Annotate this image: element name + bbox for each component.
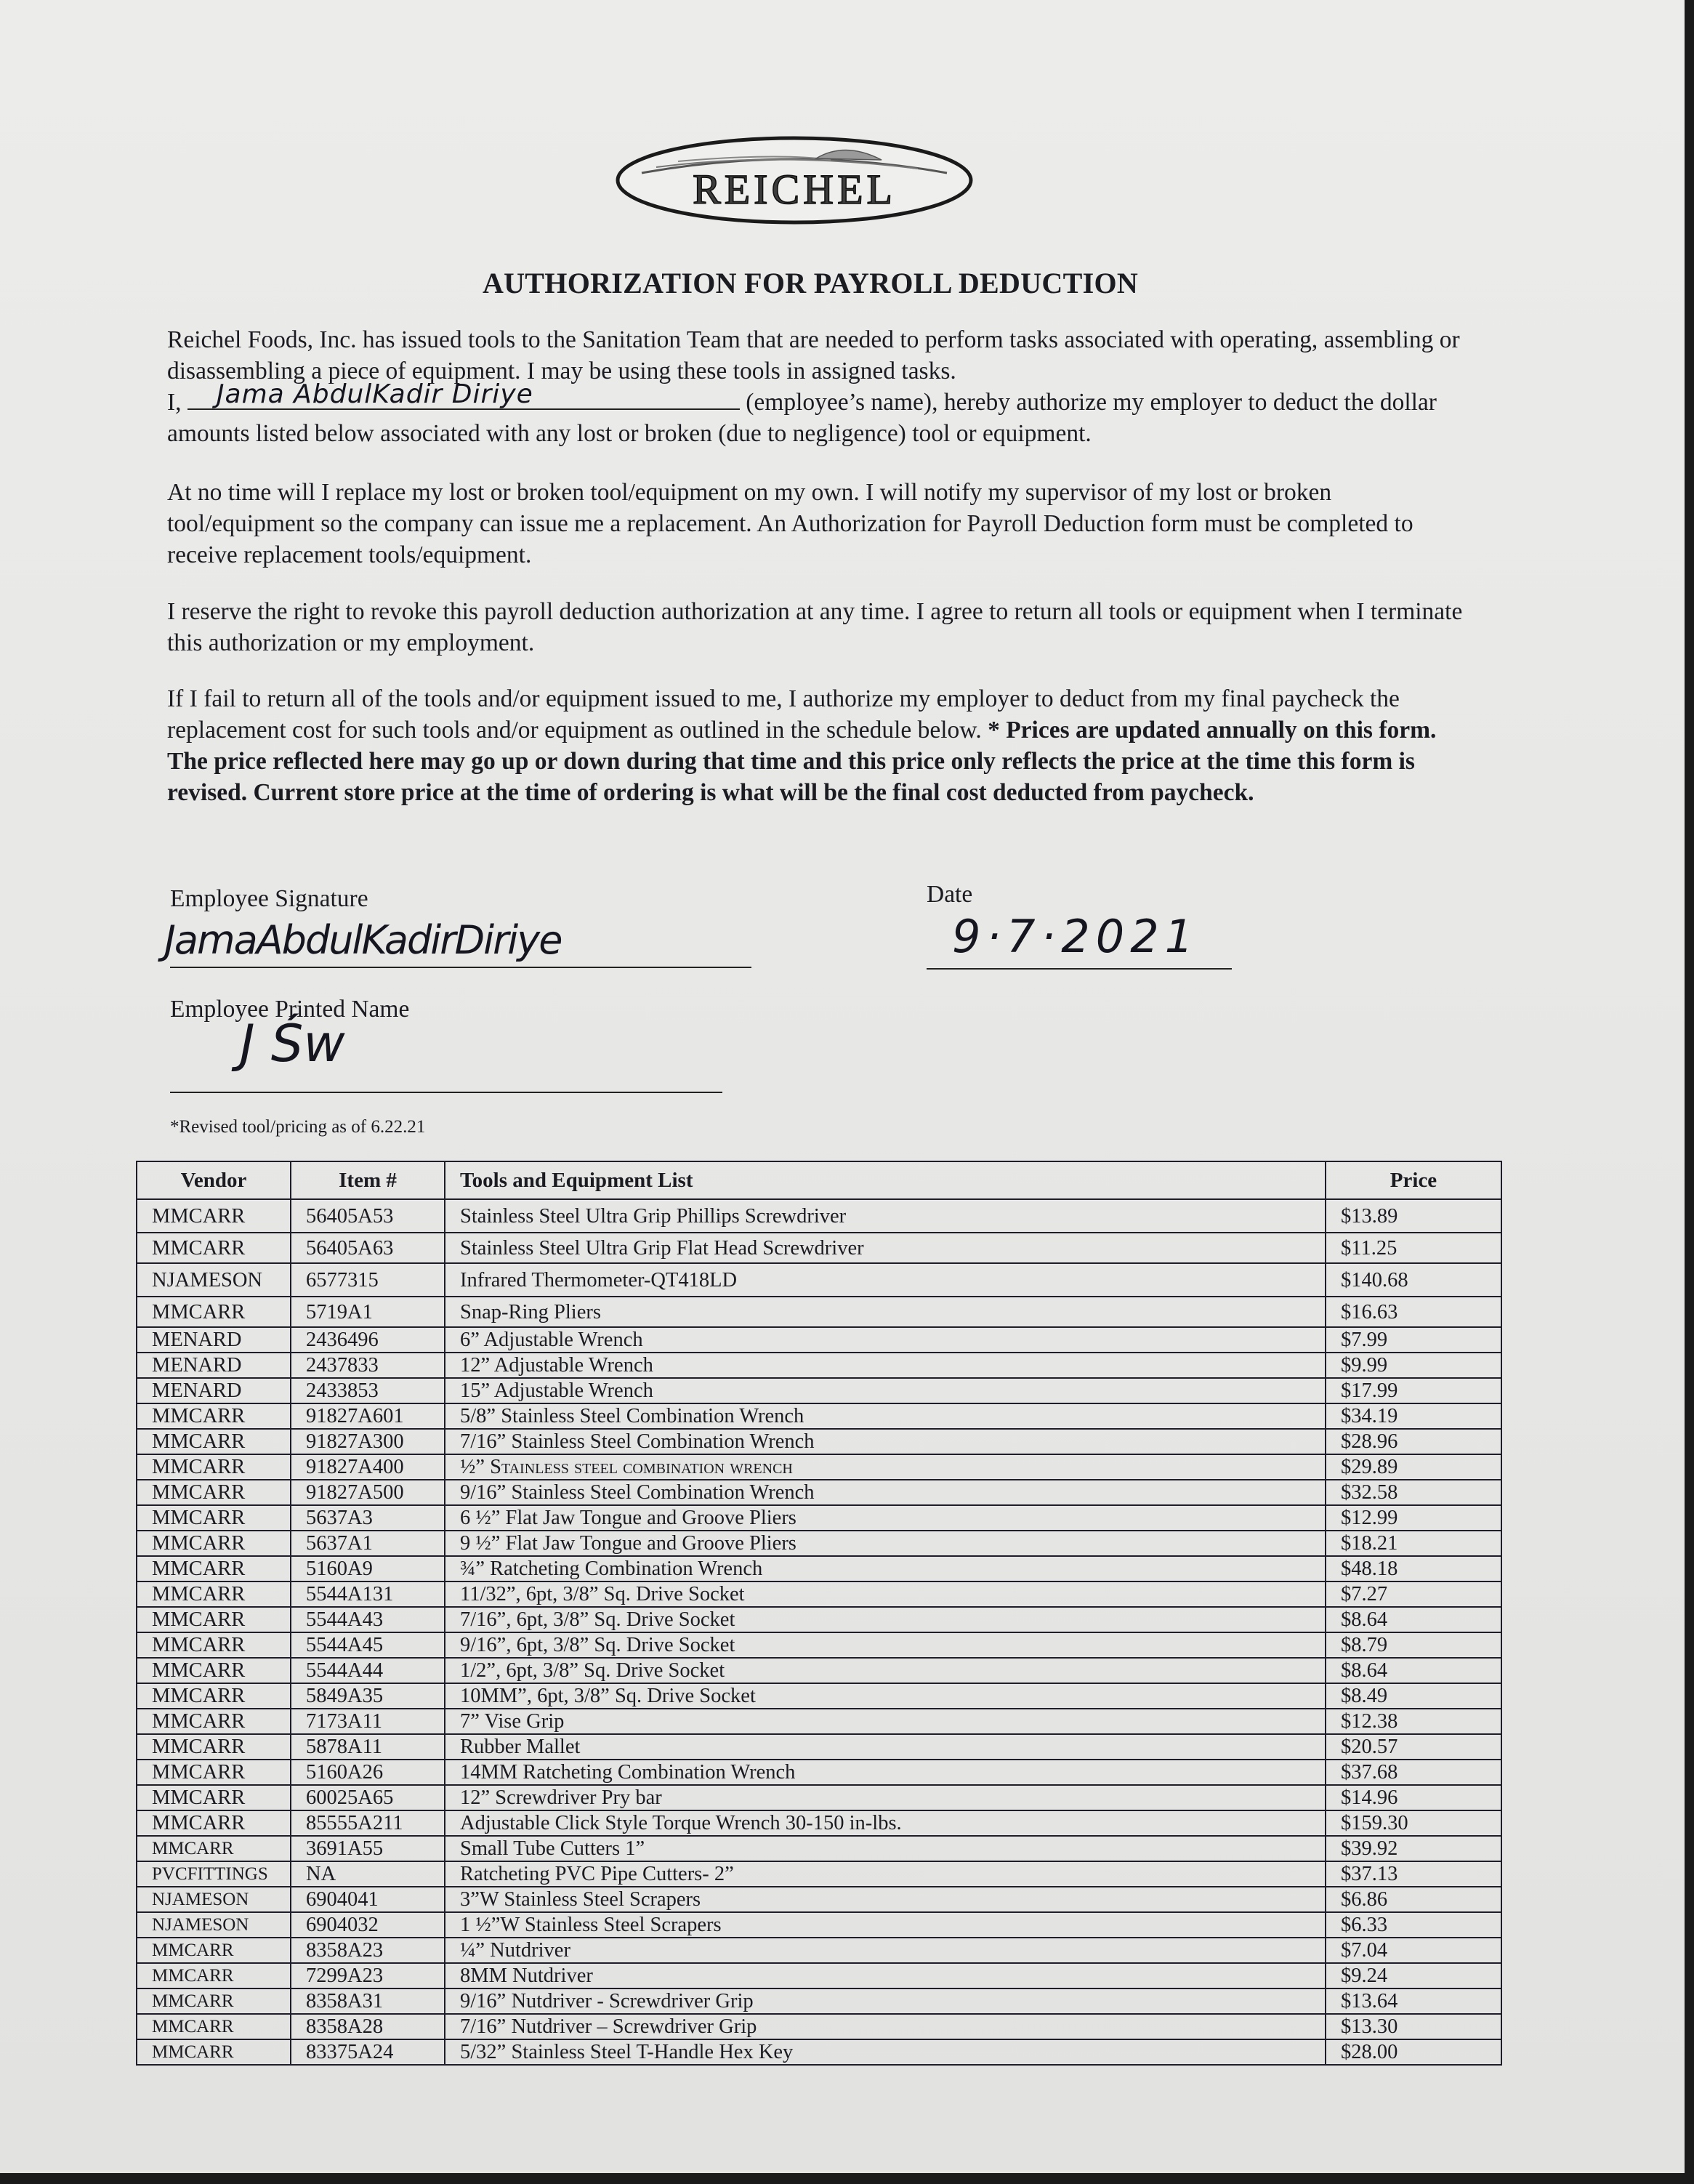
table-row: MMCARR60025A6512” Screwdriver Pry bar$14… <box>137 1785 1501 1810</box>
cell-tool: Snap-Ring Pliers <box>445 1297 1326 1327</box>
table-row: MMCARR7299A238MM Nutdriver$9.24 <box>137 1963 1501 1988</box>
cell-price: $8.79 <box>1326 1632 1501 1658</box>
cell-vendor: MMCARR <box>137 2039 291 2065</box>
intro-paragraph: Reichel Foods, Inc. has issued tools to … <box>167 324 1468 449</box>
cell-tool: ¼” Nutdriver <box>445 1938 1326 1963</box>
table-row: PVCFITTINGSNARatcheting PVC Pipe Cutters… <box>137 1861 1501 1887</box>
page-title: AUTHORIZATION FOR PAYROLL DEDUCTION <box>0 266 1621 300</box>
cell-price: $6.86 <box>1326 1887 1501 1912</box>
cell-item: 8358A28 <box>291 2014 445 2039</box>
cell-item: 2437833 <box>291 1353 445 1378</box>
cell-price: $29.89 <box>1326 1454 1501 1480</box>
table-row: MMCARR5878A11Rubber Mallet$20.57 <box>137 1734 1501 1760</box>
cell-vendor: MMCARR <box>137 1760 291 1785</box>
cell-vendor: MENARD <box>137 1378 291 1403</box>
cell-item: 85555A211 <box>291 1810 445 1836</box>
table-row: MMCARR91827A400½” Stainless steel combin… <box>137 1454 1501 1480</box>
employee-name-handwritten: Jama AbdulKadir Diriye <box>217 379 533 410</box>
revised-note: *Revised tool/pricing as of 6.22.21 <box>170 1117 425 1137</box>
cell-price: $13.64 <box>1326 1988 1501 2014</box>
table-row: MMCARR8358A23¼” Nutdriver$7.04 <box>137 1938 1501 1963</box>
intro-text: Reichel Foods, Inc. has issued tools to … <box>167 326 1460 384</box>
table-row: MENARD243783312” Adjustable Wrench$9.99 <box>137 1353 1501 1378</box>
cell-price: $18.21 <box>1326 1531 1501 1556</box>
cell-vendor: MMCARR <box>137 1531 291 1556</box>
cell-item: 5544A45 <box>291 1632 445 1658</box>
cell-price: $140.68 <box>1326 1263 1501 1297</box>
revoke-paragraph: I reserve the right to revoke this payro… <box>167 596 1468 658</box>
cell-vendor: MMCARR <box>137 1658 291 1683</box>
cell-item: 83375A24 <box>291 2039 445 2065</box>
cell-item: 7299A23 <box>291 1963 445 1988</box>
employee-signature: JamaAbdulKadirDiriye <box>164 917 561 963</box>
cell-item: 2436496 <box>291 1327 445 1353</box>
cell-tool: 7” Vise Grip <box>445 1709 1326 1734</box>
cell-item: 5160A26 <box>291 1760 445 1785</box>
cell-item: 60025A65 <box>291 1785 445 1810</box>
cell-tool: ½” Stainless steel combination wrench <box>445 1454 1326 1480</box>
cell-vendor: MMCARR <box>137 1429 291 1454</box>
cell-tool: 6” Adjustable Wrench <box>445 1327 1326 1353</box>
cell-tool: Ratcheting PVC Pipe Cutters- 2” <box>445 1861 1326 1887</box>
cell-vendor: MMCARR <box>137 1632 291 1658</box>
reichel-logo: REICHEL <box>613 131 976 225</box>
cell-item: 56405A53 <box>291 1199 445 1233</box>
cell-vendor: MMCARR <box>137 1607 291 1632</box>
cell-price: $8.64 <box>1326 1607 1501 1632</box>
table-row: MMCARR91827A3007/16” Stainless Steel Com… <box>137 1429 1501 1454</box>
cell-price: $13.89 <box>1326 1199 1501 1233</box>
cell-vendor: MMCARR <box>137 1683 291 1709</box>
replacement-paragraph: At no time will I replace my lost or bro… <box>167 477 1468 571</box>
cell-item: 3691A55 <box>291 1836 445 1861</box>
table-row: MMCARR5544A441/2”, 6pt, 3/8” Sq. Drive S… <box>137 1658 1501 1683</box>
svg-text:REICHEL: REICHEL <box>693 166 896 213</box>
tools-table: Vendor Item # Tools and Equipment List P… <box>136 1161 1502 2066</box>
cell-vendor: MMCARR <box>137 1403 291 1429</box>
cell-vendor: MMCARR <box>137 1734 291 1760</box>
table-row: MMCARR91827A6015/8” Stainless Steel Comb… <box>137 1403 1501 1429</box>
cell-tool: ¾” Ratcheting Combination Wrench <box>445 1556 1326 1581</box>
cell-tool: 1 ½”W Stainless Steel Scrapers <box>445 1912 1326 1938</box>
cell-vendor: MMCARR <box>137 1963 291 1988</box>
table-row: MMCARR5544A459/16”, 6pt, 3/8” Sq. Drive … <box>137 1632 1501 1658</box>
cell-tool: 14MM Ratcheting Combination Wrench <box>445 1760 1326 1785</box>
cell-vendor: NJAMESON <box>137 1263 291 1297</box>
table-row: MMCARR8358A319/16” Nutdriver - Screwdriv… <box>137 1988 1501 2014</box>
form-page: REICHEL AUTHORIZATION FOR PAYROLL DEDUCT… <box>0 0 1685 2173</box>
table-row: MMCARR5160A9¾” Ratcheting Combination Wr… <box>137 1556 1501 1581</box>
cell-vendor: MMCARR <box>137 1199 291 1233</box>
cell-tool: 15” Adjustable Wrench <box>445 1378 1326 1403</box>
cell-item: 7173A11 <box>291 1709 445 1734</box>
cell-vendor: NJAMESON <box>137 1887 291 1912</box>
table-row: MMCARR5637A36 ½” Flat Jaw Tongue and Gro… <box>137 1505 1501 1531</box>
cell-tool: 12” Adjustable Wrench <box>445 1353 1326 1378</box>
printed-name-handwritten: J Św <box>240 1014 345 1073</box>
cell-item: 91827A300 <box>291 1429 445 1454</box>
table-row: MMCARR5544A437/16”, 6pt, 3/8” Sq. Drive … <box>137 1607 1501 1632</box>
header-price: Price <box>1326 1161 1501 1199</box>
cell-price: $20.57 <box>1326 1734 1501 1760</box>
cell-price: $12.38 <box>1326 1709 1501 1734</box>
cell-price: $37.68 <box>1326 1760 1501 1785</box>
table-row: MMCARR5637A19 ½” Flat Jaw Tongue and Gro… <box>137 1531 1501 1556</box>
table-row: MMCARR3691A55Small Tube Cutters 1”$39.92 <box>137 1836 1501 1861</box>
cell-tool: Adjustable Click Style Torque Wrench 30-… <box>445 1810 1326 1836</box>
table-row: MMCARR91827A5009/16” Stainless Steel Com… <box>137 1480 1501 1505</box>
cell-vendor: NJAMESON <box>137 1912 291 1938</box>
cell-tool: 1/2”, 6pt, 3/8” Sq. Drive Socket <box>445 1658 1326 1683</box>
cell-item: 56405A63 <box>291 1233 445 1263</box>
cell-item: NA <box>291 1861 445 1887</box>
table-row: MMCARR5849A3510MM”, 6pt, 3/8” Sq. Drive … <box>137 1683 1501 1709</box>
cell-price: $11.25 <box>1326 1233 1501 1263</box>
cell-tool: 9/16” Nutdriver - Screwdriver Grip <box>445 1988 1326 2014</box>
date-label: Date <box>927 881 972 908</box>
cell-tool: 3”W Stainless Steel Scrapers <box>445 1887 1326 1912</box>
cell-vendor: MMCARR <box>137 1938 291 1963</box>
cell-item: 2433853 <box>291 1378 445 1403</box>
cell-tool: 11/32”, 6pt, 3/8” Sq. Drive Socket <box>445 1581 1326 1607</box>
final-paycheck-paragraph: If I fail to return all of the tools and… <box>167 683 1468 808</box>
cell-vendor: MMCARR <box>137 1556 291 1581</box>
cell-price: $7.99 <box>1326 1327 1501 1353</box>
cell-price: $28.00 <box>1326 2039 1501 2065</box>
cell-vendor: MMCARR <box>137 1810 291 1836</box>
cell-tool: 6 ½” Flat Jaw Tongue and Groove Pliers <box>445 1505 1326 1531</box>
table-row: MMCARR56405A53Stainless Steel Ultra Grip… <box>137 1199 1501 1233</box>
cell-price: $39.92 <box>1326 1836 1501 1861</box>
cell-price: $28.96 <box>1326 1429 1501 1454</box>
cell-price: $12.99 <box>1326 1505 1501 1531</box>
cell-vendor: MENARD <box>137 1327 291 1353</box>
cell-tool: Rubber Mallet <box>445 1734 1326 1760</box>
cell-tool: 9 ½” Flat Jaw Tongue and Groove Pliers <box>445 1531 1326 1556</box>
cell-vendor: MMCARR <box>137 1988 291 2014</box>
cell-tool: 9/16” Stainless Steel Combination Wrench <box>445 1480 1326 1505</box>
cell-item: 6577315 <box>291 1263 445 1297</box>
cell-item: 5849A35 <box>291 1683 445 1709</box>
cell-item: 5160A9 <box>291 1556 445 1581</box>
cell-price: $14.96 <box>1326 1785 1501 1810</box>
cell-vendor: MMCARR <box>137 1454 291 1480</box>
cell-item: 5637A1 <box>291 1531 445 1556</box>
cell-item: 8358A31 <box>291 1988 445 2014</box>
cell-vendor: PVCFITTINGS <box>137 1861 291 1887</box>
cell-item: 6904032 <box>291 1912 445 1938</box>
cell-tool: 10MM”, 6pt, 3/8” Sq. Drive Socket <box>445 1683 1326 1709</box>
table-header-row: Vendor Item # Tools and Equipment List P… <box>137 1161 1501 1199</box>
cell-vendor: MENARD <box>137 1353 291 1378</box>
table-row: NJAMESON69040413”W Stainless Steel Scrap… <box>137 1887 1501 1912</box>
cell-vendor: MMCARR <box>137 1233 291 1263</box>
table-row: MMCARR5544A13111/32”, 6pt, 3/8” Sq. Driv… <box>137 1581 1501 1607</box>
cell-vendor: MMCARR <box>137 1785 291 1810</box>
cell-price: $7.27 <box>1326 1581 1501 1607</box>
cell-item: 5719A1 <box>291 1297 445 1327</box>
printed-name-line[interactable] <box>170 1092 722 1093</box>
cell-item: 91827A500 <box>291 1480 445 1505</box>
cell-tool: 7/16” Stainless Steel Combination Wrench <box>445 1429 1326 1454</box>
cell-item: 5544A131 <box>291 1581 445 1607</box>
cell-vendor: MMCARR <box>137 1480 291 1505</box>
table-row: NJAMESON6577315Infrared Thermometer-QT41… <box>137 1263 1501 1297</box>
cell-tool: 7/16” Nutdriver – Screwdriver Grip <box>445 2014 1326 2039</box>
cell-item: 5544A43 <box>291 1607 445 1632</box>
cell-tool: 5/32” Stainless Steel T-Handle Hex Key <box>445 2039 1326 2065</box>
cell-vendor: MMCARR <box>137 1709 291 1734</box>
cell-tool: Small Tube Cutters 1” <box>445 1836 1326 1861</box>
cell-price: $48.18 <box>1326 1556 1501 1581</box>
cell-tool: Stainless Steel Ultra Grip Phillips Scre… <box>445 1199 1326 1233</box>
table-row: MMCARR7173A117” Vise Grip$12.38 <box>137 1709 1501 1734</box>
cell-tool: 8MM Nutdriver <box>445 1963 1326 1988</box>
cell-item: 91827A601 <box>291 1403 445 1429</box>
cell-vendor: MMCARR <box>137 1581 291 1607</box>
cell-price: $34.19 <box>1326 1403 1501 1429</box>
table-row: MMCARR83375A245/32” Stainless Steel T-Ha… <box>137 2039 1501 2065</box>
table-row: MMCARR56405A63Stainless Steel Ultra Grip… <box>137 1233 1501 1263</box>
table-row: MMCARR8358A287/16” Nutdriver – Screwdriv… <box>137 2014 1501 2039</box>
cell-item: 91827A400 <box>291 1454 445 1480</box>
cell-price: $17.99 <box>1326 1378 1501 1403</box>
cell-item: 5544A44 <box>291 1658 445 1683</box>
table-row: MMCARR5160A2614MM Ratcheting Combination… <box>137 1760 1501 1785</box>
cell-tool: 7/16”, 6pt, 3/8” Sq. Drive Socket <box>445 1607 1326 1632</box>
cell-price: $32.58 <box>1326 1480 1501 1505</box>
cell-tool: Stainless Steel Ultra Grip Flat Head Scr… <box>445 1233 1326 1263</box>
cell-price: $159.30 <box>1326 1810 1501 1836</box>
cell-price: $16.63 <box>1326 1297 1501 1327</box>
cell-tool: Infrared Thermometer-QT418LD <box>445 1263 1326 1297</box>
header-tool: Tools and Equipment List <box>445 1161 1326 1199</box>
table-row: MMCARR5719A1Snap-Ring Pliers$16.63 <box>137 1297 1501 1327</box>
cell-vendor: MMCARR <box>137 1505 291 1531</box>
table-row: NJAMESON69040321 ½”W Stainless Steel Scr… <box>137 1912 1501 1938</box>
employee-signature-label: Employee Signature <box>170 885 368 913</box>
cell-item: 5878A11 <box>291 1734 445 1760</box>
cell-item: 6904041 <box>291 1887 445 1912</box>
cell-vendor: MMCARR <box>137 1297 291 1327</box>
employee-name-field[interactable]: Jama AbdulKadir Diriye <box>187 387 740 410</box>
cell-vendor: MMCARR <box>137 1836 291 1861</box>
header-item: Item # <box>291 1161 445 1199</box>
cell-tool: 9/16”, 6pt, 3/8” Sq. Drive Socket <box>445 1632 1326 1658</box>
table-row: MENARD24364966” Adjustable Wrench$7.99 <box>137 1327 1501 1353</box>
cell-tool: 12” Screwdriver Pry bar <box>445 1785 1326 1810</box>
cell-price: $8.49 <box>1326 1683 1501 1709</box>
cell-price: $37.13 <box>1326 1861 1501 1887</box>
cell-price: $9.24 <box>1326 1963 1501 1988</box>
cell-price: $9.99 <box>1326 1353 1501 1378</box>
table-row: MENARD243385315” Adjustable Wrench$17.99 <box>137 1378 1501 1403</box>
table-row: MMCARR85555A211Adjustable Click Style To… <box>137 1810 1501 1836</box>
cell-vendor: MMCARR <box>137 2014 291 2039</box>
name-prefix: I, <box>167 389 182 416</box>
cell-price: $13.30 <box>1326 2014 1501 2039</box>
cell-item: 5637A3 <box>291 1505 445 1531</box>
cell-price: $8.64 <box>1326 1658 1501 1683</box>
cell-item: 8358A23 <box>291 1938 445 1963</box>
cell-tool: 5/8” Stainless Steel Combination Wrench <box>445 1403 1326 1429</box>
signature-line[interactable] <box>170 967 751 968</box>
date-handwritten: 9·7·2021 <box>952 910 1199 963</box>
cell-price: $7.04 <box>1326 1938 1501 1963</box>
cell-price: $6.33 <box>1326 1912 1501 1938</box>
date-line[interactable] <box>927 968 1232 970</box>
header-vendor: Vendor <box>137 1161 291 1199</box>
